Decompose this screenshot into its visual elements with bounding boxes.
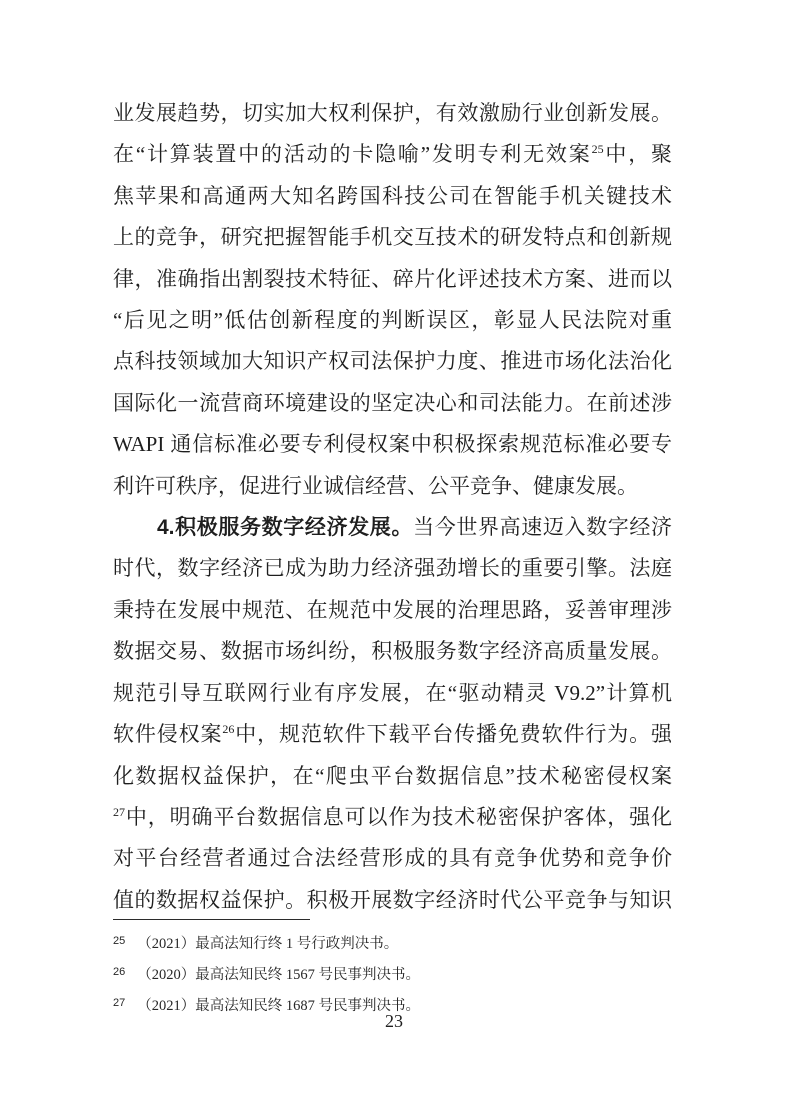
body-text: 国际化一流营商环境建设的坚定决心和司法能力。在前述涉: [113, 391, 672, 415]
body-line: 值的数据权益保护。积极开展数字经济时代公平竞争与知识: [113, 880, 672, 921]
body-text: 对平台经营者通过合法经营形成的具有竞争优势和竞争价: [113, 846, 672, 870]
footnote-reference: 27: [113, 805, 125, 819]
body-line: 上的竞争，研究把握智能手机交互技术的研发特点和创新规: [113, 217, 672, 258]
body-text: 中，明确平台数据信息可以作为技术秘密保护客体，强化: [125, 805, 672, 829]
footnote: 25（2021）最高法知行终 1 号行政判决书。: [113, 929, 672, 960]
body-line: 27中，明确平台数据信息可以作为技术秘密保护客体，强化: [113, 797, 672, 838]
page-number: 23: [0, 1011, 788, 1032]
body-text: 点科技领域加大知识产权司法保护力度、推进市场化法治化: [113, 349, 672, 373]
body-line: 时代，数字经济已成为助力经济强劲增长的重要引擎。法庭: [113, 548, 672, 589]
body-text: 秉持在发展中规范、在规范中发展的治理思路，妥善审理涉: [113, 598, 672, 622]
body-text: 业发展趋势，切实加大权利保护，有效激励行业创新发展。: [113, 101, 672, 125]
body-text: 当今世界高速迈入数字经济: [413, 515, 672, 539]
body-line: “后见之明”低估创新程度的判断误区，彰显人民法院对重: [113, 300, 672, 341]
section-heading-text: 4.积极服务数字经济发展。: [157, 516, 413, 539]
body-text: 中，规范软件下载平台传播免费软件行为。强: [234, 722, 672, 746]
body-text: 软件侵权案: [113, 722, 222, 746]
body-line: WAPI 通信标准必要专利侵权案中积极探索规范标准必要专: [113, 424, 672, 465]
body-line: 软件侵权案26中，规范软件下载平台传播免费软件行为。强: [113, 714, 672, 755]
body-text: “后见之明”低估创新程度的判断误区，彰显人民法院对重: [113, 308, 672, 332]
body-line: 数据交易、数据市场纠纷，积极服务数字经济高质量发展。: [113, 631, 672, 672]
body-line: 化数据权益保护，在“爬虫平台数据信息”技术秘密侵权案: [113, 756, 672, 797]
footnote-separator: [113, 919, 310, 920]
body-text: 数据交易、数据市场纠纷，积极服务数字经济高质量发展。: [113, 639, 672, 663]
body-text: 律，准确指出割裂技术特征、碎片化评述技术方案、进而以: [113, 267, 672, 291]
footnote-number: 25: [113, 926, 125, 956]
body-text: 值的数据权益保护。积极开展数字经济时代公平竞争与知识: [113, 888, 672, 912]
body-text: 在“计算装置中的活动的卡隐喻”发明专利无效案: [113, 142, 592, 166]
body-text: 焦苹果和高通两大知名跨国科技公司在智能手机关键技术: [113, 184, 672, 208]
body-line: 国际化一流营商环境建设的坚定决心和司法能力。在前述涉: [113, 383, 672, 424]
body-line: 在“计算装置中的活动的卡隐喻”发明专利无效案25中，聚: [113, 134, 672, 175]
body-text: 时代，数字经济已成为助力经济强劲增长的重要引擎。法庭: [113, 556, 672, 580]
body-line: 利许可秩序，促进行业诚信经营、公平竞争、健康发展。: [113, 466, 672, 507]
footnote-text: （2021）最高法知行终 1 号行政判决书。: [137, 936, 398, 952]
footnote-reference: 25: [592, 142, 604, 156]
body-text: 利许可秩序，促进行业诚信经营、公平竞争、健康发展。: [113, 474, 638, 498]
body-line: 对平台经营者通过合法经营形成的具有竞争优势和竞争价: [113, 838, 672, 879]
body-line: 4.积极服务数字经济发展。当今世界高速迈入数字经济: [113, 507, 672, 548]
body-line: 规范引导互联网行业有序发展，在“驱动精灵 V9.2”计算机: [113, 673, 672, 714]
document-page: 业发展趋势，切实加大权利保护，有效激励行业创新发展。在“计算装置中的活动的卡隐喻…: [0, 0, 788, 1112]
footnote-number: 26: [113, 957, 125, 987]
footnote: 26（2020）最高法知民终 1567 号民事判决书。: [113, 960, 672, 991]
document-body: 业发展趋势，切实加大权利保护，有效激励行业创新发展。在“计算装置中的活动的卡隐喻…: [113, 93, 672, 921]
body-line: 秉持在发展中规范、在规范中发展的治理思路，妥善审理涉: [113, 590, 672, 631]
body-line: 律，准确指出割裂技术特征、碎片化评述技术方案、进而以: [113, 259, 672, 300]
body-line: 点科技领域加大知识产权司法保护力度、推进市场化法治化: [113, 341, 672, 382]
footnotes-section: 25（2021）最高法知行终 1 号行政判决书。26（2020）最高法知民终 1…: [113, 929, 672, 1022]
body-text: 中，聚: [604, 142, 672, 166]
body-text: 上的竞争，研究把握智能手机交互技术的研发特点和创新规: [113, 225, 672, 249]
body-text: WAPI 通信标准必要专利侵权案中积极探索规范标准必要专: [113, 432, 672, 456]
footnote-reference: 26: [222, 722, 234, 736]
footnote-text: （2020）最高法知民终 1567 号民事判决书。: [137, 967, 420, 983]
body-text: 化数据权益保护，在“爬虫平台数据信息”技术秘密侵权案: [113, 764, 672, 788]
body-line: 焦苹果和高通两大知名跨国科技公司在智能手机关键技术: [113, 176, 672, 217]
body-line: 业发展趋势，切实加大权利保护，有效激励行业创新发展。: [113, 93, 672, 134]
body-text: 规范引导互联网行业有序发展，在“驱动精灵 V9.2”计算机: [113, 681, 672, 705]
